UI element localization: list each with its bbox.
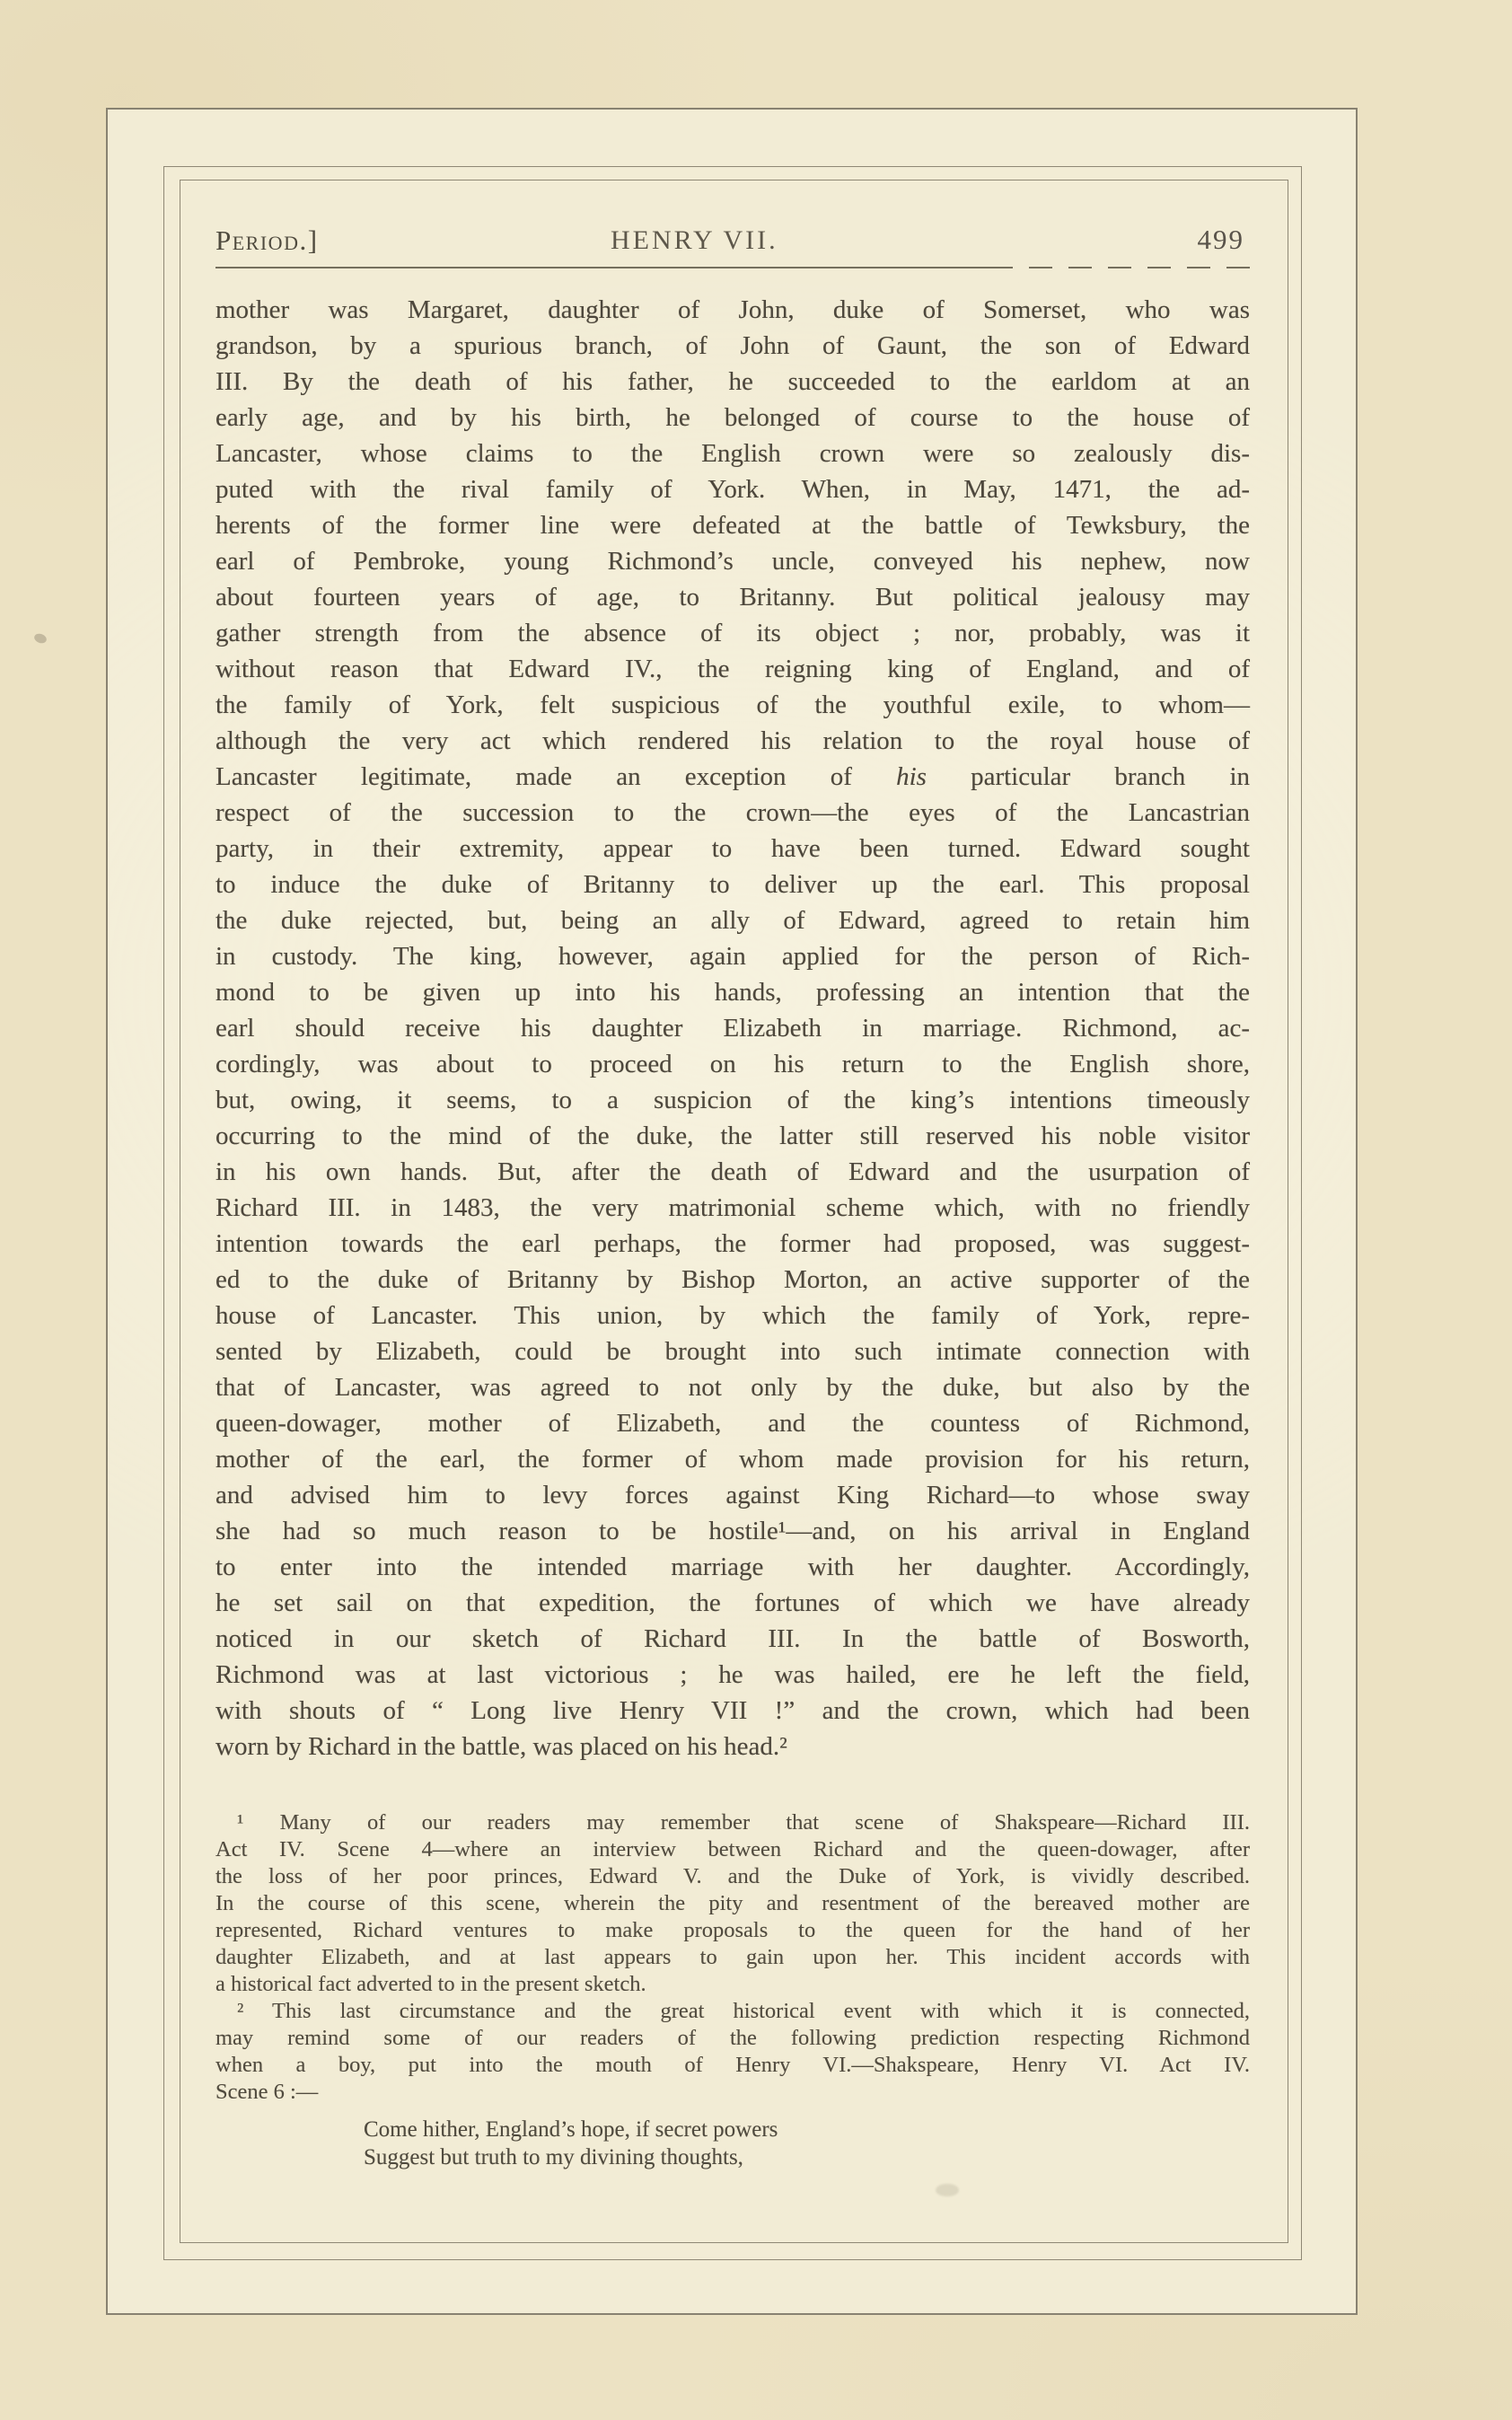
body-text: mother was Margaret, daughter of John, d…	[215, 292, 1250, 1764]
paper-speck	[33, 632, 48, 645]
text-line: to enter into the intended marriage with…	[215, 1549, 1250, 1585]
text-line: In the course of this scene, wherein the…	[215, 1890, 1250, 1917]
text-line: Come hither, England’s hope, if secret p…	[364, 2116, 778, 2143]
text-line: cordingly, was about to proceed on his r…	[215, 1046, 1250, 1082]
text-line: occurring to the mind of the duke, the l…	[215, 1118, 1250, 1154]
footnote-1: ¹ Many of our readers may remember that …	[215, 1809, 1250, 1998]
text-line: Scene 6 :—	[215, 2079, 1250, 2106]
text-line: respect of the succession to the crown—t…	[215, 795, 1250, 831]
text-line: mother was Margaret, daughter of John, d…	[215, 292, 1250, 328]
scanned-book-page: Period.] HENRY VII. 499 mother was Marga…	[0, 0, 1512, 2420]
text-line: early age, and by his birth, he belonged…	[215, 400, 1250, 436]
text-line: puted with the rival family of York. Whe…	[215, 471, 1250, 507]
text-line: grandson, by a spurious branch, of John …	[215, 328, 1250, 364]
header-rule-dashed-segment	[989, 267, 1250, 268]
header-rule-solid-segment	[215, 267, 989, 268]
text-line: house of Lancaster. This union, by which…	[215, 1298, 1250, 1333]
header-page-number: 499	[1198, 224, 1245, 256]
text-line: the duke rejected, but, being an ally of…	[215, 902, 1250, 938]
text-line: ed to the duke of Britanny by Bishop Mor…	[215, 1262, 1250, 1298]
text-line: to induce the duke of Britanny to delive…	[215, 867, 1250, 902]
text-line: daughter Elizabeth, and at last appears …	[215, 1944, 1250, 1971]
text-line: Suggest but truth to my divining thought…	[364, 2143, 778, 2171]
text-line: but, owing, it seems, to a suspicion of …	[215, 1082, 1250, 1118]
text-line: may remind some of our readers of the fo…	[215, 2025, 1250, 2052]
text-line: Lancaster legitimate, made an exception …	[215, 759, 1250, 795]
running-header: Period.] HENRY VII. 499	[215, 221, 1250, 262]
text-line: with shouts of “ Long live Henry VII !” …	[215, 1693, 1250, 1729]
text-line: Act IV. Scene 4—where an interview betwe…	[215, 1836, 1250, 1863]
text-line: in his own hands. But, after the death o…	[215, 1154, 1250, 1190]
header-chapter-title: HENRY VII.	[611, 225, 778, 256]
verse-quotation: Come hither, England’s hope, if secret p…	[364, 2116, 778, 2171]
header-rule	[215, 267, 1250, 269]
text-line: mother of the earl, the former of whom m…	[215, 1441, 1250, 1477]
text-line: mond to be given up into his hands, prof…	[215, 974, 1250, 1010]
text-line: ² This last circumstance and the great h…	[215, 1998, 1250, 2025]
text-line: sented by Elizabeth, could be brought in…	[215, 1333, 1250, 1369]
text-line: earl of Pembroke, young Richmond’s uncle…	[215, 543, 1250, 579]
header-period-marker: Period.]	[215, 224, 319, 257]
text-line: intention towards the earl perhaps, the …	[215, 1226, 1250, 1262]
text-line: she had so much reason to be hostile¹—an…	[215, 1513, 1250, 1549]
text-line: Lancaster, whose claims to the English c…	[215, 436, 1250, 471]
text-line: Richmond was at last victorious ; he was…	[215, 1657, 1250, 1693]
footnote-2: ² This last circumstance and the great h…	[215, 1998, 1250, 2106]
text-line: party, in their extremity, appear to hav…	[215, 831, 1250, 867]
text-line: the family of York, felt suspicious of t…	[215, 687, 1250, 723]
text-line: a historical fact adverted to in the pre…	[215, 1971, 1250, 1998]
paper-smudge	[936, 2184, 959, 2196]
text-line: herents of the former line were defeated…	[215, 507, 1250, 543]
text-line: noticed in our sketch of Richard III. In…	[215, 1621, 1250, 1657]
text-line: III. By the death of his father, he succ…	[215, 364, 1250, 400]
text-line: ¹ Many of our readers may remember that …	[215, 1809, 1250, 1836]
text-line: the loss of her poor princes, Edward V. …	[215, 1863, 1250, 1890]
text-line: queen-dowager, mother of Elizabeth, and …	[215, 1405, 1250, 1441]
text-line: without reason that Edward IV., the reig…	[215, 651, 1250, 687]
text-line: gather strength from the absence of its …	[215, 615, 1250, 651]
text-line: worn by Richard in the battle, was place…	[215, 1729, 1250, 1764]
footnotes-block: ¹ Many of our readers may remember that …	[215, 1809, 1250, 2106]
text-line: Richard III. in 1483, the very matrimoni…	[215, 1190, 1250, 1226]
text-line: earl should receive his daughter Elizabe…	[215, 1010, 1250, 1046]
text-line: that of Lancaster, was agreed to not onl…	[215, 1369, 1250, 1405]
text-line: about fourteen years of age, to Britanny…	[215, 579, 1250, 615]
text-line: in custody. The king, however, again app…	[215, 938, 1250, 974]
text-line: he set sail on that expedition, the fort…	[215, 1585, 1250, 1621]
text-line: although the very act which rendered his…	[215, 723, 1250, 759]
text-line: when a boy, put into the mouth of Henry …	[215, 2052, 1250, 2079]
text-line: represented, Richard ventures to make pr…	[215, 1917, 1250, 1944]
text-line: and advised him to levy forces against K…	[215, 1477, 1250, 1513]
